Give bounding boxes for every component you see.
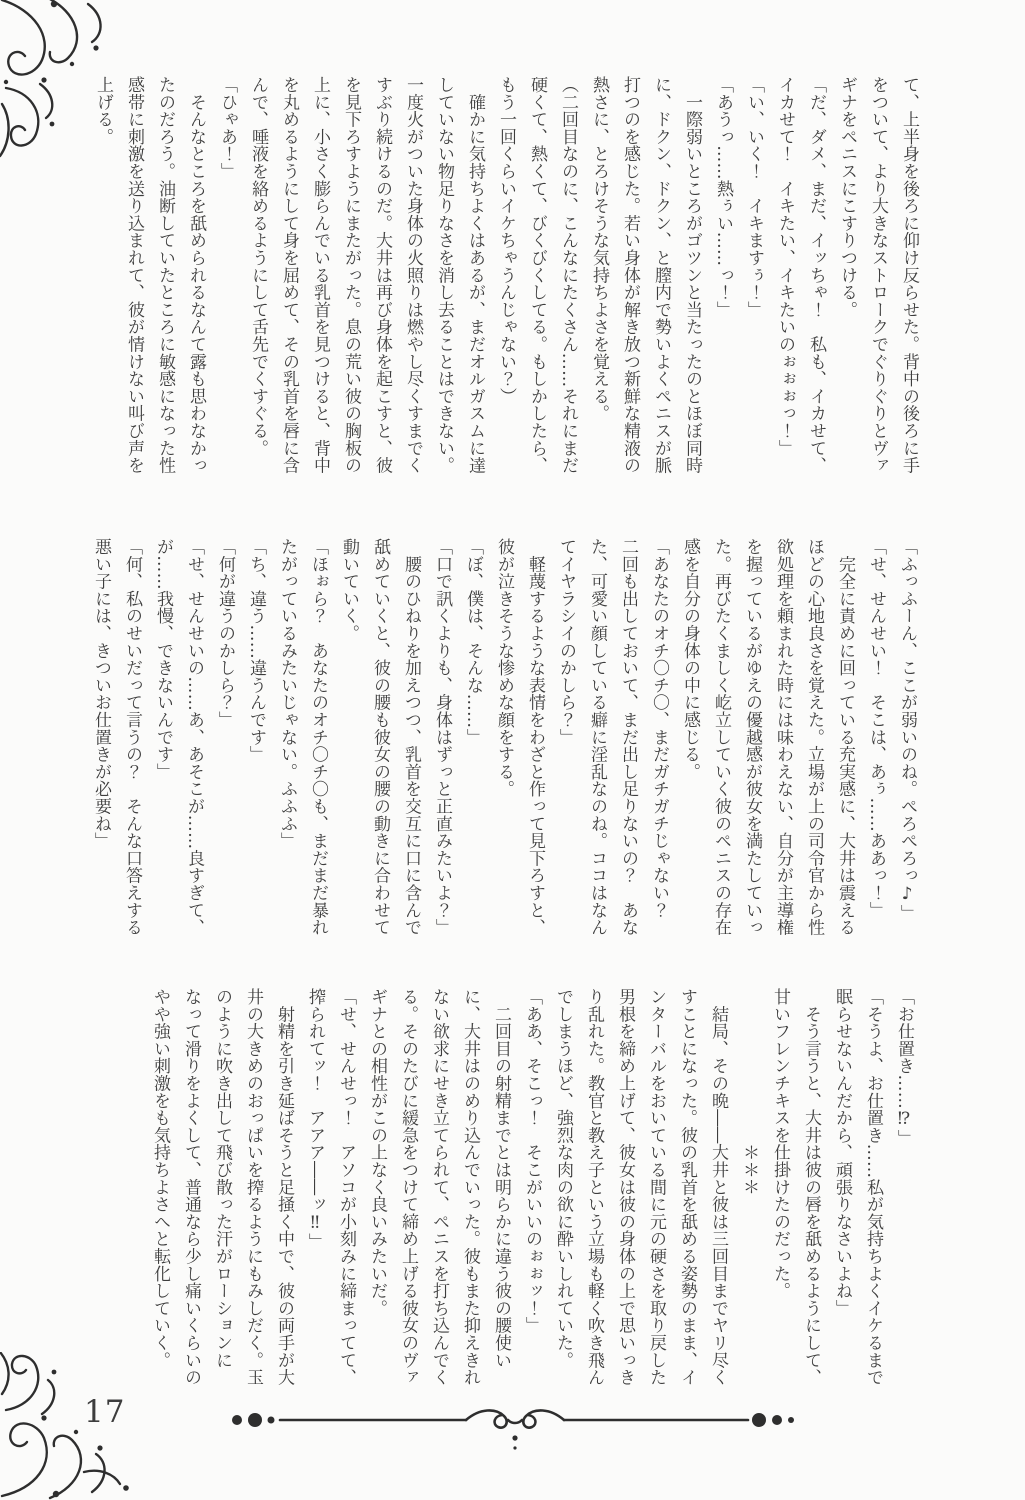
- text-column: 「あうっ……熱ぅい……っ！」: [707, 76, 738, 528]
- text-column: 彼が泣きそうな惨めな顔をする。: [488, 538, 519, 958]
- text-column: 悪い子には、きついお仕置きが必要ね」: [85, 538, 116, 958]
- text-column: ギナとの相性がこの上なく良いみたいだ。: [361, 988, 392, 1408]
- text-column: 欲処理を頼まれた時には味わえない、自分が主導権: [767, 538, 798, 958]
- text-column: ＊＊＊: [733, 988, 764, 1408]
- text-column: 感を自分の身体の中に感じる。: [674, 538, 705, 958]
- text-column: ほどの心地良さを覚えた。立場が上の司令官から性: [798, 538, 829, 958]
- page-number: 17: [84, 1394, 125, 1430]
- text-column: ギナをペニスにこすりつける。: [831, 76, 862, 528]
- text-column: たがっているみたいじゃない。ふふふ」: [271, 538, 302, 958]
- text-column: を見下ろすようにまたがった。息の荒い彼の胸板の: [335, 76, 366, 528]
- text-column: もう一回くらいイケちゃうんじゃない？）: [490, 76, 521, 528]
- text-column: 打つのを感じた。若い身体が解き放つ新鮮な精液の: [614, 76, 645, 528]
- text-column: 上に、小さく膨らんでいる乳首を見つけると、背中: [304, 76, 335, 528]
- text-column: すぶり続けるのだ。大井は再び身体を起こすと、彼: [366, 76, 397, 528]
- text-column: 確かに気持ちよくはあるが、まだオルガスムに達: [459, 76, 490, 528]
- text-column: 上げる。: [87, 76, 118, 528]
- text-column: そんなところを舐められるなんて露も思わなかっ: [180, 76, 211, 528]
- text-column: していない物足りなさを消し去ることはできない。: [428, 76, 459, 528]
- text-column: ない欲求にせき立てられて、ペニスを打ち込んでく: [423, 988, 454, 1408]
- text-column: 「何が違うのかしら？」: [209, 538, 240, 958]
- text-column: 熱さに、とろけそうな気持ちよさを覚える。: [583, 76, 614, 528]
- text-column: り乱れた。教官と教え子という立場も軽く吹き飛ん: [578, 988, 609, 1408]
- text-column: 「ほぉら？ あなたのオチ〇チ〇も、まだまだ暴れ: [302, 538, 333, 958]
- text-column: 射精を引き延ばそうと足掻く中で、彼の両手が大: [268, 988, 299, 1408]
- text-column: イカせて！ イキたい、イキたいのぉぉぉっ！」: [769, 76, 800, 528]
- text-column: て、上半身を後ろに仰け反らせた。背中の後ろに手: [893, 76, 924, 528]
- text-column: でしまうほど、強烈な肉の欲に酔いしれていた。: [547, 988, 578, 1408]
- text-column: 舐めていくと、彼の腰も彼女の腰の動きに合わせて: [364, 538, 395, 958]
- text-column: 井の大きめのおっぱいを搾るようにもみしだく。玉: [237, 988, 268, 1408]
- text-band-middle: 「ふっふーん、ここが弱いのね。ぺろぺろっ♪」「せ、せんせい！ そこは、あぅ……あ…: [85, 538, 922, 958]
- text-column: たのだろう。油断していたところに敏感になった性: [149, 76, 180, 528]
- text-column: 硬くて、熱くて、びくびくしてる。もしかしたら、: [521, 76, 552, 528]
- text-column: 「そうよ、お仕置き……私が気持ちよくイケるまで: [857, 988, 888, 1408]
- text-column: ンターバルをおいている間に元の硬さを取り戻した: [640, 988, 671, 1408]
- text-column: 「せ、せんせっ！ アソコが小刻みに締まってて、: [330, 988, 361, 1408]
- text-column: 眠らせないんだから、頑張りなさいよね」: [826, 988, 857, 1408]
- text-column: 結局、その晩――大井と彼は三回目までヤリ尽く: [702, 988, 733, 1408]
- text-column: 「ああ、そこっ！ そこがいいのぉぉッ！」: [516, 988, 547, 1408]
- text-column: 感帯に刺激を送り込まれて、彼が情けない叫び声を: [118, 76, 149, 528]
- text-column: 「何、私のせいだって言うの？ そんな口答えする: [116, 538, 147, 958]
- text-column: そう言うと、大井は彼の唇を舐めるようにして、: [795, 988, 826, 1408]
- text-column: 二回目の射精までとは明らかに違う彼の腰使い: [485, 988, 516, 1408]
- text-column: 甘いフレンチキスを仕掛けたのだった。: [764, 988, 795, 1408]
- text-column: る。そのたびに緩急をつけて締め上げる彼女のヴァ: [392, 988, 423, 1408]
- text-band-top: て、上半身を後ろに仰け反らせた。背中の後ろに手をついて、より大きなストロークでぐ…: [87, 76, 924, 528]
- text-column: んで、唾液を絡めるようにして舌先でくすぐる。: [242, 76, 273, 528]
- text-column: た。再びたくましく屹立していく彼のペニスの存在: [705, 538, 736, 958]
- text-column: すことになった。彼の乳首を舐める姿勢のまま、イ: [671, 988, 702, 1408]
- text-column: た、可愛い顔している癖に淫乱なのね。ココはなん: [581, 538, 612, 958]
- text-column: 「ち、違う……違うんです」: [240, 538, 271, 958]
- text-column: 「お仕置き……⁉」: [888, 988, 919, 1408]
- text-column: 軽蔑するような表情をわざと作って見下ろすと、: [519, 538, 550, 958]
- text-column: をついて、より大きなストロークでぐりぐりとヴァ: [862, 76, 893, 528]
- text-column: を握っているがゆえの優越感が彼女を満たしていっ: [736, 538, 767, 958]
- text-column: 「せ、せんせいの……あ、あそこが……良すぎて、: [178, 538, 209, 958]
- text-column: 「口で訊くよりも、身体はずっと正直みたいよ？」: [426, 538, 457, 958]
- text-column: 「ぼ、僕は、そんな……」: [457, 538, 488, 958]
- text-column: てイヤラシイのかしら？」: [550, 538, 581, 958]
- text-band-bottom: 「お仕置き……⁉」「そうよ、お仕置き……私が気持ちよくイケるまで眠らせないんだか…: [144, 988, 919, 1408]
- text-column: 「だ、ダメ、まだ、イッちゃ！ 私も、イカせて、: [800, 76, 831, 528]
- text-column: 男根を締め上げて、彼女は彼の身体の上で思いっき: [609, 988, 640, 1408]
- text-column: 腰のひねりを加えつつ、乳首を交互に口に含んで: [395, 538, 426, 958]
- text-column: 「せ、せんせい！ そこは、あぅ……ああっ！」: [860, 538, 891, 958]
- text-column: 完全に責めに回っている充実感に、大井は震える: [829, 538, 860, 958]
- text-column: 「あなたのオチ〇チ〇、まだガチガチじゃない？: [643, 538, 674, 958]
- footer-divider-icon: [228, 1404, 803, 1460]
- text-column: 二回も出しておいて、まだ出し足りないの？ あな: [612, 538, 643, 958]
- text-column: のように吹き出して飛び散った汗がローションに: [206, 988, 237, 1408]
- text-column: を丸めるようにして身を屈めて、その乳首を唇に含: [273, 76, 304, 528]
- text-column: 「ひゃあ！」: [211, 76, 242, 528]
- text-column: が……我慢、できないんです」: [147, 538, 178, 958]
- text-column: 搾られてッ！ アアア――ッ‼」: [299, 988, 330, 1408]
- text-column: やや強い刺激をも気持ちよさへと転化していく。: [144, 988, 175, 1408]
- text-column: に、ドクン、ドクン、と膣内で勢いよくペニスが脈: [645, 76, 676, 528]
- novel-page: て、上半身を後ろに仰け反らせた。背中の後ろに手をついて、より大きなストロークでぐ…: [0, 0, 1025, 1500]
- text-column: なって滑りをよくして、普通なら少し痛いくらいの: [175, 988, 206, 1408]
- text-column: に、大井はのめり込んでいった。彼もまた抑えきれ: [454, 988, 485, 1408]
- text-column: 一度火がついた身体の火照りは燃やし尽くすまでく: [397, 76, 428, 528]
- text-column: 動いていく。: [333, 538, 364, 958]
- text-column: 「ふっふーん、ここが弱いのね。ぺろぺろっ♪」: [891, 538, 922, 958]
- text-column: （二回目なのに、こんなにたくさん……それにまだ: [552, 76, 583, 528]
- text-column: 「い、いく！ イキますぅ！」: [738, 76, 769, 528]
- text-column: 一際弱いところがゴツンと当たったのとほぼ同時: [676, 76, 707, 528]
